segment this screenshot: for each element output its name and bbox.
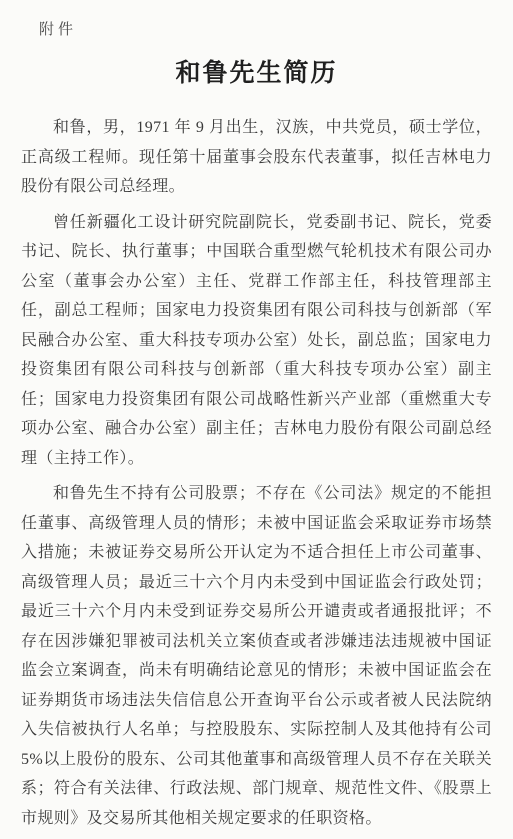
document-body: 和鲁，男，1971 年 9 月出生，汉族，中共党员，硕士学位，正高级工程师。现任… — [21, 113, 492, 833]
document-page: 附件 和鲁先生简历 和鲁，男，1971 年 9 月出生，汉族，中共党员，硕士学位… — [0, 0, 513, 839]
attachment-label: 附件 — [39, 18, 492, 39]
page-number: 2 — [254, 811, 260, 825]
page-footer: 2 — [0, 809, 513, 827]
paragraph-career-history: 曾任新疆化工设计研究院副院长，党委副书记、院长，党委书记、院长、执行董事；中国联… — [21, 208, 492, 474]
page-title: 和鲁先生简历 — [21, 53, 492, 89]
paragraph-qualification-statement: 和鲁先生不持有公司股票；不存在《公司法》规定的不能担任董事、高级管理人员的情形；… — [21, 479, 492, 833]
paragraph-biography: 和鲁，男，1971 年 9 月出生，汉族，中共党员，硕士学位，正高级工程师。现任… — [21, 113, 492, 202]
